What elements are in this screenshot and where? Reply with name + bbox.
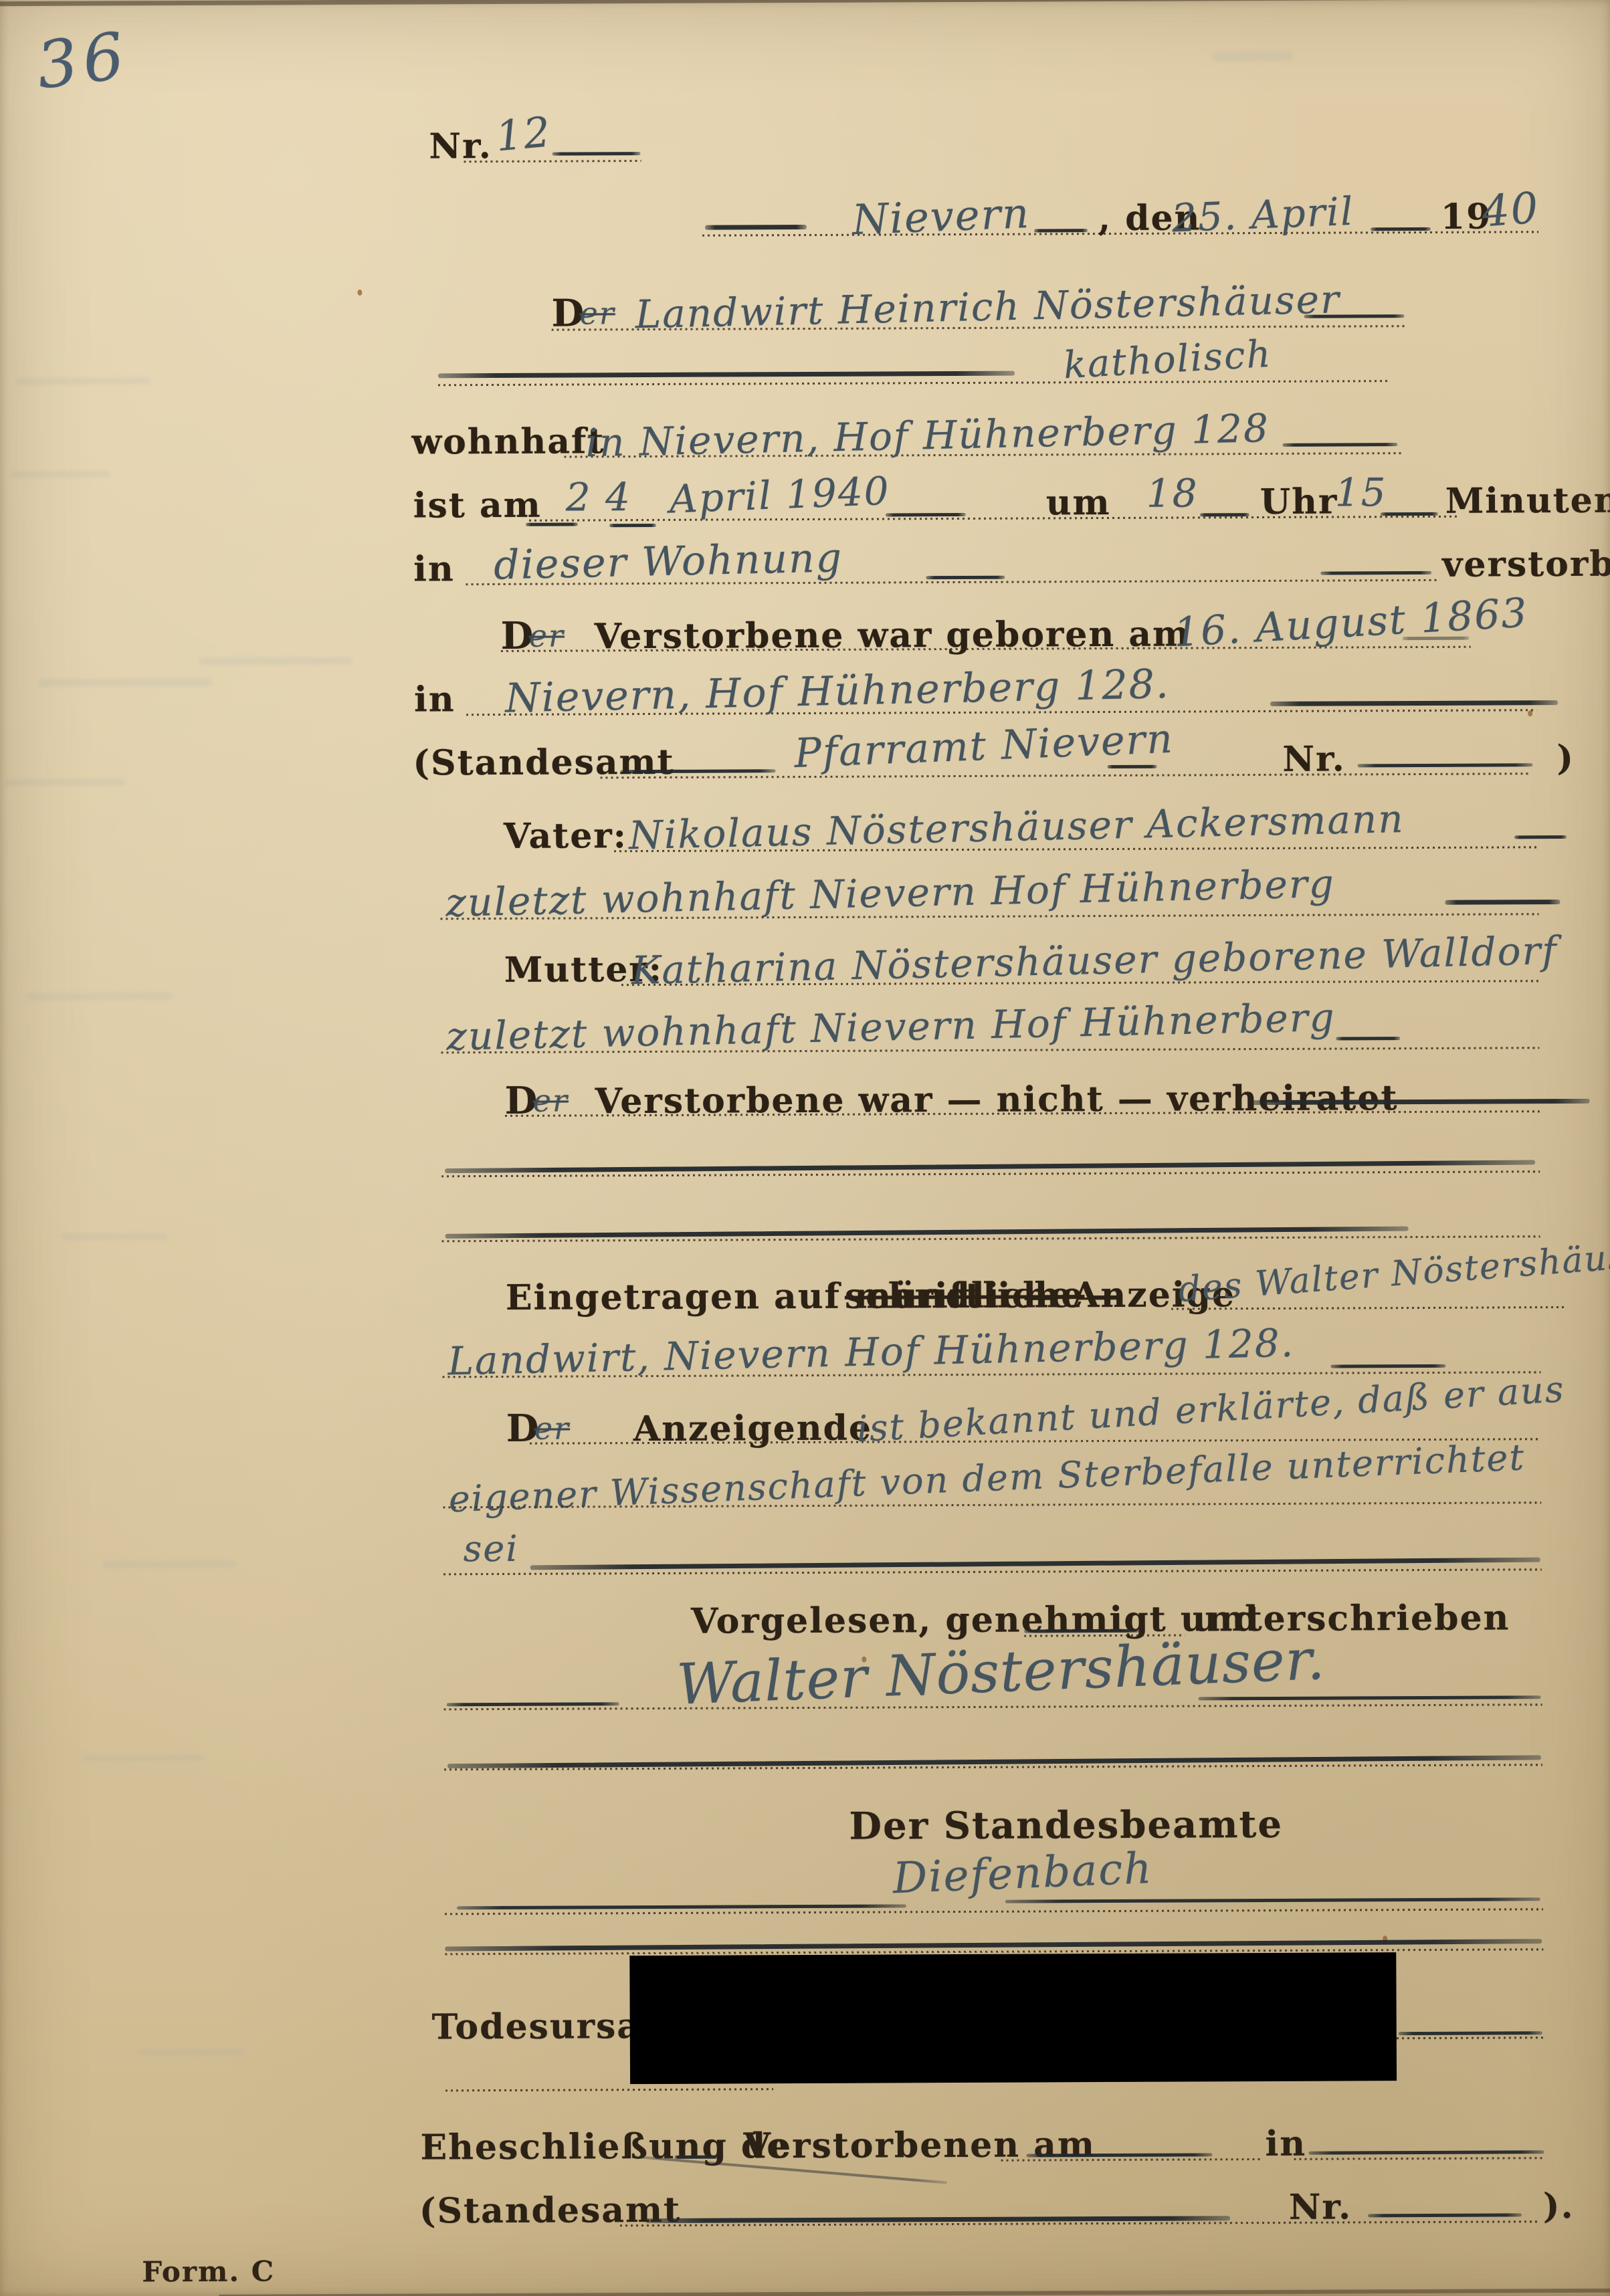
ruled-line [1294,2157,1545,2160]
pen-stroke [1024,1629,1139,1633]
pen-stroke [1336,1037,1400,1040]
in-label: in [413,548,455,589]
pen-stroke [926,576,1005,580]
bleed-mark [26,993,173,1000]
page-content: 36 Nr. 12 Nievern , den 25. April 19 40 … [0,0,1610,2296]
place-of-death: dieser Wohnung [493,534,843,589]
pen-stroke [457,1904,906,1909]
ruled-line [1397,2037,1544,2039]
bleed-mark [38,678,212,687]
death-month-year: April 1940 [669,468,891,522]
declaration-line-2: eigener Wissenschaft von dem Sterbefalle… [448,1436,1526,1520]
pen-stroke [1005,1897,1540,1903]
in-label: in [414,679,456,720]
ruled-line [443,1568,1542,1575]
died-on-label: ist am [413,485,542,526]
decedent-name: Landwirt Heinrich Nöstershäuser [635,276,1340,337]
pen-stroke [1200,513,1249,516]
pen-stroke [1403,637,1470,640]
bleed-mark [17,377,150,385]
residence-value: in Nievern, Hof Hühnerberg 128 [585,405,1270,465]
father-label: Vater: [504,815,627,857]
religion-value: katholisch [1062,332,1273,388]
bleed-mark [83,1755,203,1762]
ruled-line [445,2088,773,2091]
paren-close: ). [1543,2186,1575,2226]
death-minute: 15 [1335,469,1387,515]
ruled-line [464,160,641,163]
pen-stroke [1358,763,1533,767]
bleed-mark [1213,51,1293,62]
ruled-line [445,1908,1543,1915]
bleed-mark [61,1233,168,1240]
paren-close: ) [1556,738,1575,778]
article-d-suffix: er [529,618,565,654]
verstorben-label: verstorben. [1442,543,1610,585]
pen-stroke [1368,2213,1522,2217]
pen-stroke [1399,2031,1542,2035]
nr-value: 12 [494,107,553,161]
pen-stroke [1304,314,1405,318]
bottom-edge-shadow [219,2289,1610,2296]
bleed-mark [199,657,353,665]
pen-stroke [1445,900,1560,905]
pen-stroke [886,513,966,517]
pen-stroke [1330,1364,1445,1368]
pen-stroke [1320,571,1431,575]
pen-stroke [1282,443,1397,447]
ruled-line [438,380,1391,386]
informant-name: des Walter Nöstershäuser [1177,1234,1610,1310]
uhr-label: Uhr [1260,482,1338,523]
pen-stroke [1371,227,1431,231]
article-d-suffix: er [533,1083,569,1119]
declaration-line-3: sei [463,1528,518,1570]
pen-stroke [438,371,1015,379]
marriage-label-1: Eheschließung de [420,2125,790,2168]
pen-stroke [526,522,578,526]
pen-stroke [1270,700,1558,706]
pen-stroke [447,1702,619,1706]
form-code: Form. C [142,2255,275,2288]
pen-stroke [675,2156,719,2159]
pen-stroke [530,1558,1540,1570]
nr-label: Nr. [1282,738,1346,779]
bleed-mark [102,1561,236,1568]
death-day: 2 4 [566,474,632,520]
top-edge-shadow [0,0,1605,6]
death-register-page: 36 Nr. 12 Nievern , den 25. April 19 40 … [0,0,1610,2296]
pen-stroke [1252,1099,1590,1105]
ink-speck [1528,710,1532,716]
pen-stroke [1514,835,1567,839]
pen-stroke [621,769,776,773]
registrar-signature: Diefenbach [892,1844,1153,1903]
um-label: um [1046,482,1111,523]
pen-stroke [1199,1695,1541,1700]
ruled-line [1001,2158,1261,2162]
registrar-label: Der Standesbeamte [849,1802,1283,1849]
ink-speck [357,290,362,296]
article-d-suffix: er [534,1411,570,1447]
page-number: 36 [32,17,133,104]
bleed-mark [11,472,111,478]
pen-stroke [1034,229,1088,232]
pen-stroke [609,524,656,527]
article-d-suffix: er [579,295,615,331]
pen-stroke [552,152,641,156]
redaction-box [629,1952,1397,2084]
pen-stroke [1309,2150,1544,2155]
place-value: Nievern [851,189,1031,244]
pen-stroke [1108,765,1157,768]
pen-stroke [1027,2153,1213,2157]
minuten-label: Minuten [1445,480,1610,522]
ruled-line [601,772,1532,778]
pen-stroke [705,225,807,230]
pen-stroke [1381,512,1438,516]
year-value: 40 [1480,183,1541,237]
bleed-mark [5,778,126,786]
death-report-date: 25. April [1171,189,1355,241]
bleed-mark [138,2049,245,2056]
nr-label: Nr. [1289,2186,1352,2227]
death-hour: 18 [1146,470,1199,516]
